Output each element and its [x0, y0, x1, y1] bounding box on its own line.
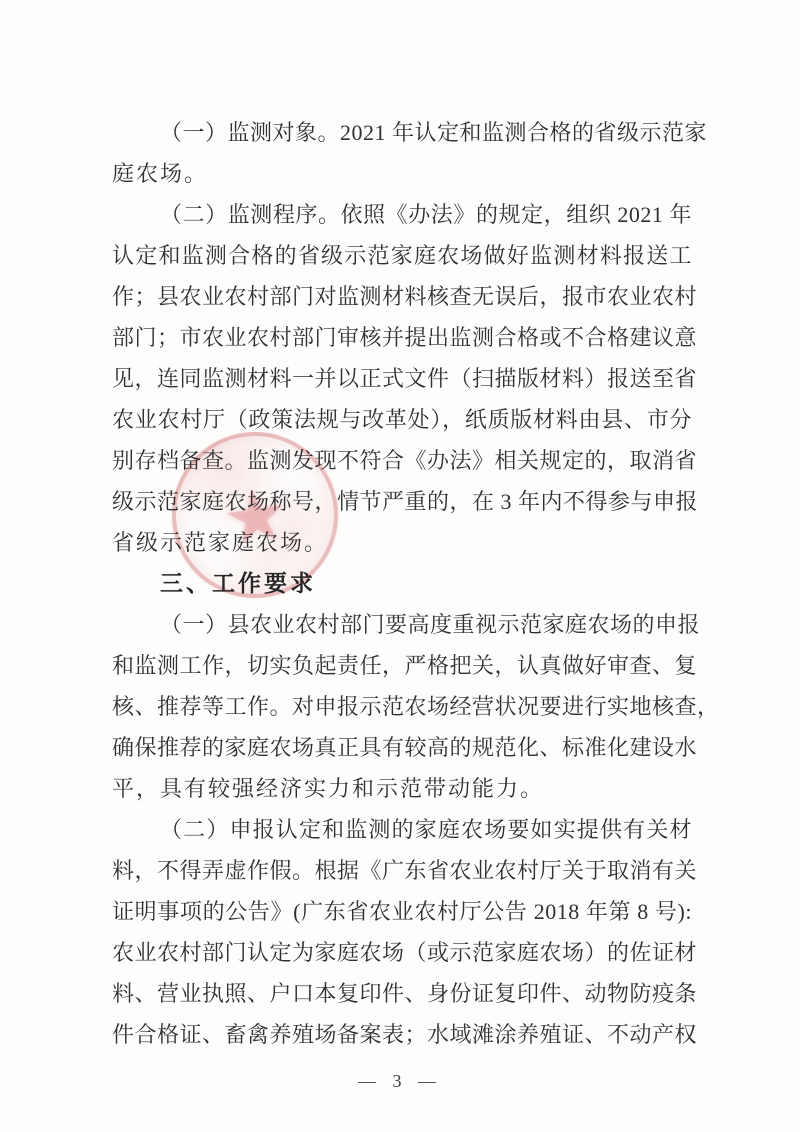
- paragraph-line: 作；县农业农村部门对监测材料核查无误后，报市农业农村: [112, 276, 692, 317]
- paragraph-line: 级示范家庭农场称号，情节严重的，在 3 年内不得参与申报: [112, 481, 692, 522]
- paragraph-line: 证明事项的公告》(广东省农业农村厅公告 2018 年第 8 号):: [112, 891, 692, 932]
- paragraph-line: 认定和监测合格的省级示范家庭农场做好监测材料报送工: [112, 235, 692, 276]
- paragraph-line: 和监测工作，切实负起责任，严格把关，认真做好审查、复: [112, 645, 692, 686]
- paragraph-line: 平，具有较强经济实力和示范带动能力。: [112, 768, 692, 809]
- paragraph-line: 农业农村部门认定为家庭农场（或示范家庭农场）的佐证材: [112, 932, 692, 973]
- document-page: ★ （一）监测对象。2021 年认定和监测合格的省级示范家 庭农场。 （二）监测…: [0, 0, 800, 1132]
- document-body: （一）监测对象。2021 年认定和监测合格的省级示范家 庭农场。 （二）监测程序…: [112, 112, 692, 1055]
- paragraph-line: 别存档备查。监测发现不符合《办法》相关规定的，取消省: [112, 440, 692, 481]
- paragraph-line: 农业农村厅（政策法规与改革处），纸质版材料由县、市分: [112, 399, 692, 440]
- paragraph-line: 部门；市农业农村部门审核并提出监测合格或不合格建议意: [112, 317, 692, 358]
- page-number: — 3 —: [0, 1071, 800, 1092]
- paragraph-line: 料、营业执照、户口本复印件、身份证复印件、动物防疫条: [112, 973, 692, 1014]
- paragraph-line: （二）申报认定和监测的家庭农场要如实提供有关材: [112, 809, 692, 850]
- paragraph-line: 庭农场。: [112, 153, 692, 194]
- paragraph-line: （一）县农业农村部门要高度重视示范家庭农场的申报: [112, 604, 692, 645]
- paragraph-line: （二）监测程序。依照《办法》的规定，组织 2021 年: [112, 194, 692, 235]
- paragraph-line: （一）监测对象。2021 年认定和监测合格的省级示范家: [112, 112, 692, 153]
- paragraph-line: 核、推荐等工作。对申报示范农场经营状况要进行实地核查，: [112, 686, 692, 727]
- paragraph-line: 确保推荐的家庭农场真正具有较高的规范化、标准化建设水: [112, 727, 692, 768]
- section-heading: 三、工作要求: [112, 563, 692, 604]
- paragraph-line: 见，连同监测材料一并以正式文件（扫描版材料）报送至省: [112, 358, 692, 399]
- paragraph-line: 省级示范家庭农场。: [112, 522, 692, 563]
- paragraph-line: 料，不得弄虚作假。根据《广东省农业农村厅关于取消有关: [112, 850, 692, 891]
- paragraph-line: 件合格证、畜禽养殖场备案表；水域滩涂养殖证、不动产权: [112, 1014, 692, 1055]
